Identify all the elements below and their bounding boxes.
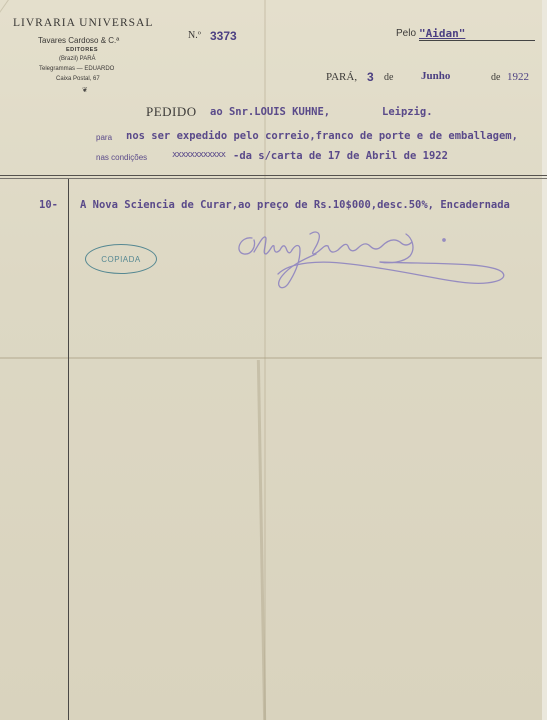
paper-edge [542, 0, 547, 720]
via-underline [419, 40, 535, 41]
table-top-rule [0, 175, 547, 176]
ornament-icon: ❦ [82, 86, 88, 94]
company-telegram: Telegrammas — EDUARDO [39, 66, 114, 72]
para-label: para [96, 133, 112, 142]
date-year: 1922 [507, 71, 529, 83]
struck-out-text: xxxxxxxxxxxx [172, 150, 225, 160]
order-number-label: N.º [188, 30, 201, 41]
table-top-rule-2 [0, 178, 547, 179]
date-de-1: de [384, 72, 393, 83]
paper-fold-horizontal [0, 357, 547, 359]
shipping-text: nos ser expedido pelo correio,franco de … [126, 130, 518, 142]
copiada-stamp: COPIADA [85, 244, 157, 274]
quantity-column-divider [68, 179, 69, 720]
company-location: (Brazil) PARÁ [59, 56, 96, 62]
date-month: Junho [421, 70, 450, 82]
company-role: EDITORES [66, 47, 98, 53]
company-postal: Caixa Postal, 67 [56, 76, 100, 82]
via-label: Pelo [396, 28, 416, 39]
company-owners: Tavares Cardoso & C.ª [38, 36, 119, 45]
signature-icon [230, 224, 520, 294]
date-de-2: de [491, 72, 500, 83]
item-description: A Nova Sciencia de Curar,ao preço de Rs.… [80, 199, 510, 211]
addressee-city: Leipzig. [382, 106, 433, 118]
item-quantity: 10- [39, 199, 58, 211]
date-city: PARÁ, [326, 71, 357, 83]
order-number: 3373 [210, 29, 237, 43]
pedido-label: PEDIDO [146, 104, 197, 120]
via-value: "Aidan" [419, 27, 465, 40]
addressee: ao Snr.LOUIS KUHNE, [210, 106, 330, 118]
conditions-label: nas condições [96, 153, 147, 162]
stamp-text: COPIADA [101, 255, 141, 264]
date-day: 3 [367, 70, 374, 84]
conditions-text: -da s/carta de 17 de Abril de 1922 [233, 150, 448, 162]
company-name: LIVRARIA UNIVERSAL [13, 17, 153, 29]
